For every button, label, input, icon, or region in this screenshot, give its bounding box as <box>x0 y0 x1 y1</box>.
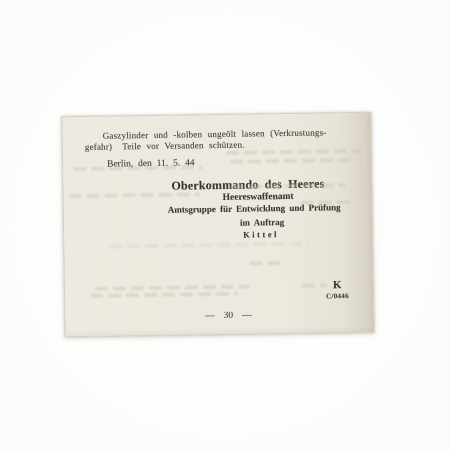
scan-background: Gaszylinder und -kolben ungeölt lassen (… <box>0 0 450 450</box>
scanned-page: Gaszylinder und -kolben ungeölt lassen (… <box>61 112 374 338</box>
signature-by-order: im Auftrag <box>240 217 284 228</box>
bleed-through-mark <box>90 292 238 298</box>
page-number-dash-right: — <box>242 311 252 319</box>
bleed-through-mark <box>302 283 327 287</box>
signature-name: Kittel <box>243 229 279 240</box>
signature-group: Amtsgruppe für Entwicklung und Prüfung <box>168 202 341 215</box>
print-code: C/0446 <box>326 292 349 300</box>
dateline: Berlin, den 11. 5. 44 <box>107 158 195 169</box>
bleed-through-mark <box>250 261 284 266</box>
bleed-through-mark <box>109 242 309 249</box>
signature-office: Heereswaffenamt <box>223 192 294 203</box>
bleed-through-mark <box>226 149 361 155</box>
paragraph-line-2-rest: Teile vor Versanden schützen. <box>122 140 245 152</box>
page-number-value: 30 <box>224 311 234 319</box>
signature-org: Oberkommando des Heeres <box>171 176 324 193</box>
page-number: —30— <box>183 311 273 319</box>
bleed-through-mark <box>95 285 250 291</box>
bleed-through-mark <box>230 158 350 164</box>
paragraph-line-2-hang: gefahr) <box>85 142 113 152</box>
paragraph-line-1: Gaszylinder und -kolben ungeölt lassen (… <box>103 127 327 140</box>
print-letter-mark: K <box>333 279 342 291</box>
paragraph-line-2: gefahr)Teile vor Versanden schützen. <box>85 140 245 152</box>
page-number-dash-left: — <box>205 311 215 319</box>
